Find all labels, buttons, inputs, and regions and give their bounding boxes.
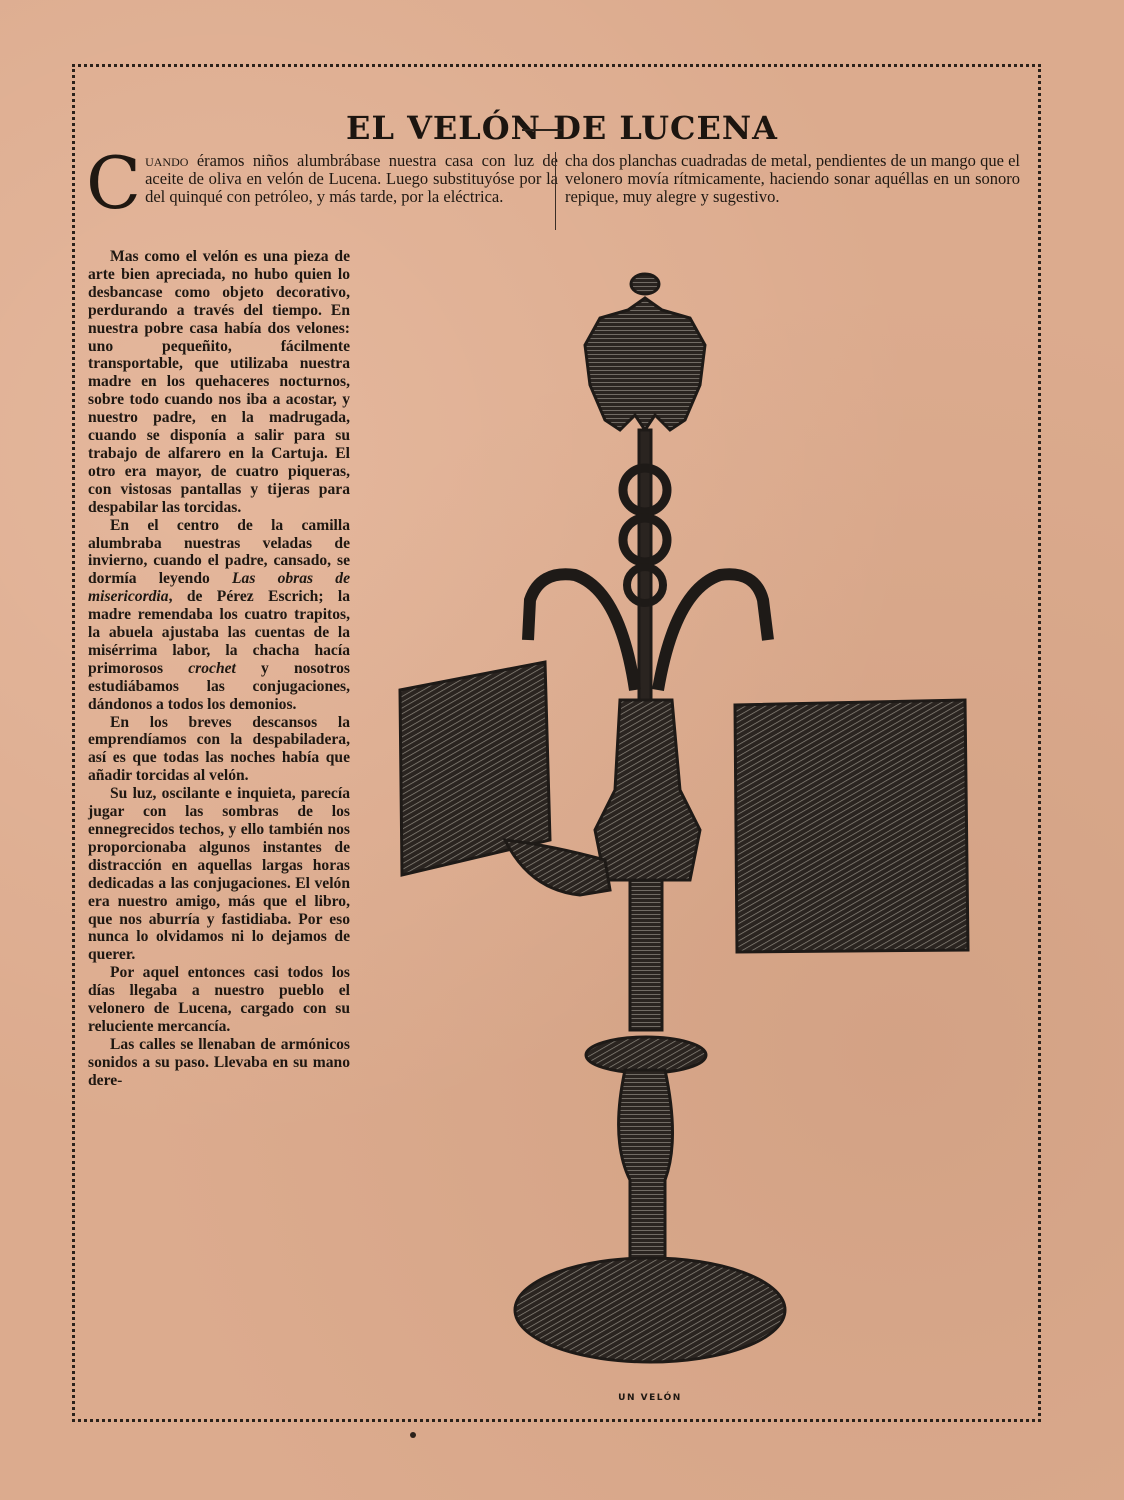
- paragraph: En el centro de la camilla alumbraba nue…: [88, 517, 350, 714]
- intro-left: Cuando éramos niños alumbrábase nuestra …: [88, 152, 558, 212]
- intro-right: cha dos planchas cuadradas de metal, pen…: [565, 152, 1020, 207]
- paragraph: Mas como el velón es una pieza de arte b…: [88, 248, 350, 517]
- italic-word: crochet: [188, 660, 236, 677]
- body-column: Mas como el velón es una pieza de arte b…: [88, 248, 350, 1090]
- ink-mark: [410, 1432, 416, 1438]
- paragraph: Por aquel entonces casi todos los días l…: [88, 964, 350, 1036]
- intro-text: éramos niños alumbrábase nuestra casa co…: [145, 151, 558, 206]
- column-divider: [555, 152, 556, 230]
- paragraph: Las calles se llenaban de armónicos soni…: [88, 1036, 350, 1090]
- intro-lead: uando: [145, 151, 188, 170]
- article-title: EL VELÓN DE LUCENA: [0, 109, 1124, 147]
- paragraph: Su luz, oscilante e inquieta, parecía ju…: [88, 785, 350, 964]
- velon-lamp-illustration: [380, 270, 1020, 1380]
- paragraph: En los breves descansos la emprendíamos …: [88, 714, 350, 786]
- drop-cap: C: [86, 154, 141, 212]
- title-divider: [522, 129, 562, 131]
- illustration-caption: UN VELÓN: [600, 1393, 700, 1403]
